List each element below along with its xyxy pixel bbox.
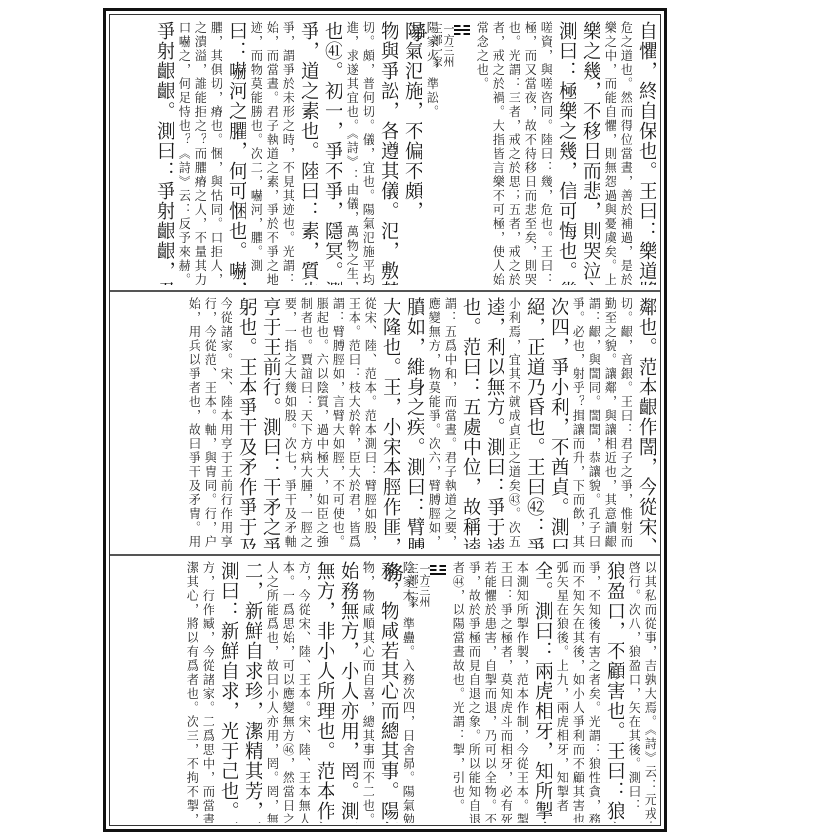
main-text-column: 次四，爭小利，不酋貞。測曰：小利不 (544, 297, 568, 549)
page-frame: 自懼，終自保也。王曰：樂道將極，又居禍中，危之道也。然而得位當晝，善於補過，是於… (103, 8, 667, 832)
inner-frame: 自懼，終自保也。王曰：樂道將極，又居禍中，危之道也。然而得位當晝，善於補過，是於… (109, 14, 661, 826)
commentary-column: 從宋、陸、范本。范本測曰：臂脛如股，今從宋、陸、 (360, 297, 376, 549)
text-band-middle: 鄰也。范本齦作誾，今從宋、陸、王本。射，神夜切。齦，音銀。王曰：君子之爭，惟射而… (110, 291, 660, 553)
commentary-column: 應變無方，物莫能爭。次六，臂膊脛如，股脚 (424, 297, 440, 549)
hexagram-heading: 一方三州三部二家務 (414, 561, 448, 823)
main-text-column: 也㊶。初一，爭不爭，隱冥。測曰：爭不 (318, 21, 342, 285)
commentary-column: 謂：齦，與誾同。誾誾，恭讓貌。孔子曰：君子無所 (584, 297, 600, 549)
commentary-column: 小利焉，宜其不就成貞正之道矣㊸。次五，爭于 (504, 297, 520, 549)
commentary-column: 勤至之貌。讓鄰，與讓相近也，其意讀齦爲懇也。光 (600, 297, 616, 549)
hexagram-symbol-icon (430, 565, 446, 577)
commentary-column: 要，一指之大幾如股。次七，爭干及矛軸，用 (280, 297, 296, 549)
hexagram-name: 爭 (404, 23, 431, 42)
commentary-column: 本。一爲思始，可以應變無方㊻，然當日之夜，非小 (278, 561, 294, 823)
commentary-column: 嗟資，與嗟咨同。陸曰：幾，危也。王曰：居樂之 (536, 21, 552, 285)
hexagram-heading: 一方三州三部一家爭 (438, 21, 472, 285)
commentary-column: 迹，而物莫能勝也。次二，嚇河，臞。測 (246, 21, 262, 285)
main-text-column: 物與爭訟，各遵其儀。氾，敷梵切。施，式豉 (374, 21, 398, 285)
main-text-column: 鄰也。范本齦作誾，今從宋、陸、王本。射，神夜 (632, 297, 656, 549)
main-text-column: 始務無方，小人亦用，罔。測曰：始務 (334, 561, 358, 823)
main-text-column: 絕，正道乃昏也。王曰㊷：爭不以道，而爭於 (520, 297, 544, 549)
hexagram-symbol-icon (454, 25, 470, 37)
commentary-column: 始，用兵以爭者也，故曰爭干及矛冑。用兵以爭，不 (184, 297, 200, 549)
main-text-column: 躬也。王本爭干及矛作爭于及方，測曰于方之爭， (232, 297, 256, 549)
commentary-column: 者㊹，以陽當晝故也。光謂：掣，引也。 (448, 561, 464, 823)
commentary-column: 謂：五爲中和，而當晝。君子執道之要，統理之會， (440, 297, 456, 549)
commentary-column: 行，今從范、王本。軸，與冑同。行，户郎切。七爲禍 (200, 297, 216, 549)
commentary-column: 爭，故於爭極而見自退之象。所以能知自退之道 (464, 561, 480, 823)
commentary-column: 王本。范曰：枝大於幹，臣大於君，皆爲疾也。光 (344, 297, 360, 549)
text-band-top: 自懼，終自保也。王曰：樂道將極，又居禍中，危之道也。然而得位當晝，善於補過，是於… (110, 15, 660, 289)
commentary-column: 啓行。次八，狼盈口，矢在其後。測曰： (624, 561, 640, 823)
commentary-column: 者，戒之於禍。大指皆言樂不可極，使人始終反復 (488, 21, 504, 285)
commentary-column: 也。光謂：三者，戒之於思；五者，戒之於福；九 (504, 21, 520, 285)
main-text-column: 無方，非小人所理也。范本作初一，始用無 (310, 561, 334, 823)
main-text-column: 測曰：新鮮自求，光于己也。王本芳作 (214, 561, 238, 823)
main-text-column: 亨于王前行。測曰：干矛之爭，衛君 (256, 297, 280, 549)
commentary-column: 物，物咸順其心而自喜，總其事而不二也。初一， (358, 561, 374, 823)
commentary-column: 潔其心，將以有爲者也。次三，不拘不掣，其 (182, 561, 198, 823)
main-text-column: 膹如，維身之疾。測曰：臂膊之脛，臣 (400, 297, 424, 549)
hexagram-name: 務 (380, 563, 407, 582)
main-text-column: 爭射齦齦。測曰：爭射齦齦，君子讓 (150, 21, 174, 285)
commentary-column: 本測知所掣作製，范本作制，今從王本。掣，尺制切。 (512, 561, 528, 823)
commentary-column: 若能懼於患害，自掣而退，乃可以全物。不可以終 (480, 561, 496, 823)
hexagram-fang-zhou: 一方三州 (418, 563, 430, 607)
column-group: 自懼，終自保也。王曰：樂道將極，又居禍中，危之道也。然而得位當晝，善於補過，是於… (114, 21, 656, 285)
commentary-column: 以其私而從事，吉孰大焉。《詩》云：元戎十乘，以先 (640, 561, 656, 823)
text-band-bottom: 以其私而從事，吉孰大焉。《詩》云：元戎十乘，以先啓行。次八，狼盈口，矢在其後。測… (110, 555, 660, 827)
commentary-column: 爭，不知後有害之者矣。光謂：狼性貪，務盈其口， (584, 561, 600, 823)
commentary-column: 弧矢星在狼後。上九，兩虎相牙，知掣者 (552, 561, 568, 823)
commentary-column: 人之所能爲也，故曰小人亦用，罔。罔，無也。次 (262, 561, 278, 823)
commentary-column: 今從諸家。宋、陸本用亨于王前行作用享王于前 (216, 297, 232, 549)
commentary-column: 脹起也。六以陰質，過中極大，如臣之強盛，君不能 (312, 297, 328, 549)
commentary-column: 而不知矢在其後，如小人爭利而不顧其害也。天文 (568, 561, 584, 823)
hexagram-bu-jia: 三部一家 (431, 23, 443, 67)
commentary-column: 王曰：爭之極者，莫知虎斗而相牙，必有死傷之患。 (496, 561, 512, 823)
commentary-column: 爭。必也，射乎？揖讓而升，下而飲，其爭也君子。 (568, 297, 584, 549)
commentary-column: 樂之中，而能自懼，則無怨過與憂虞矣。上九，極 (600, 21, 616, 285)
commentary-column: 進，求遂其宜也。《詩》：由儀，萬物之生，各得其宜 (342, 21, 358, 285)
commentary-column: 極，而又當夜，故不待移日而悲至矣，則哭泣嗟咨 (520, 21, 536, 285)
main-text-column: 大隆也。王，小宋本脛作匪，其意音逃，腫也。今 (376, 297, 400, 549)
commentary-column: 方，今從宋、陸、王本。宋、陸、王本無人字㊺，今從范 (294, 561, 310, 823)
commentary-column: 切。齦，音銀。王曰：君子之爭，惟射而已。齦齦， (616, 297, 632, 549)
commentary-column: 之潰溢，誰能拒之？而臞瘠之人，不量其力，乃欲以 (190, 21, 206, 285)
commentary-column: 常念之也。 (472, 21, 488, 285)
hexagram-bu-jia: 三部二家 (407, 563, 419, 607)
main-text-column: 逵，利以無方。測曰：爭于逵，爭處中 (480, 297, 504, 549)
commentary-column: 口嚇之，何足恃也？《詩》云：反予來赫。次三， (174, 21, 190, 285)
main-text-column: 曰：嚇河之臞，何可悃也。嚇，呼嫁切。 (222, 21, 246, 285)
main-text-column: 測曰：極樂之幾，信可悔也。幾，音機。 (552, 21, 576, 285)
main-text-column: 也。范曰：五處中位，故稱逵。逵，九達道也。光 (456, 297, 480, 549)
commentary-column: 臞，其俱切，瘠也。悃，與怙同。口拒人，謂之嚇。河 (206, 21, 222, 285)
main-text-column: 樂之幾，不移日而悲，則哭泣之嗟資。 (576, 21, 600, 285)
commentary-column: 方，行作臧，今從諸家。二爲思中，而當晝。君子精 (198, 561, 214, 823)
column-group: 以其私而從事，吉孰大焉。《詩》云：元戎十乘，以先啓行。次八，狼盈口，矢在其後。測… (114, 561, 656, 823)
main-text-column: 二，新鮮自求珍，潔精其芳，君子攸行。 (238, 561, 262, 823)
main-text-column: 爭，道之素也。陸曰：素，質也。王曰：爭不 (294, 21, 318, 285)
column-group: 鄰也。范本齦作誾，今從宋、陸、王本。射，神夜切。齦，音銀。王曰：君子之爭，惟射而… (114, 297, 656, 549)
commentary-column: 爭，謂爭於未形之時，不見其迹也。光謂：一爲思 (278, 21, 294, 285)
commentary-column: 謂：臂膊脛如，言臂大如脛，不可使也。膹，音噴，肉 (328, 297, 344, 549)
commentary-column: 始，而當晝。君子執道之素，爭於不爭之地，外無其 (262, 21, 278, 285)
main-text-column: 全。測曰：兩虎相牙，知所掣也。宋、陸 (528, 561, 552, 823)
hexagram-fang-zhou: 一方三州 (442, 23, 454, 67)
commentary-column: 切。頗，普何切。儀，宜也。陽氣氾施平均，物皆爭 (358, 21, 374, 285)
commentary-column: 危之道也。然而得位當晝，善於補過，是於嘻嘻笑 (616, 21, 632, 285)
main-text-column: 狼盈口，不顧害也。王曰：狼之噬物，盈口是 (600, 561, 624, 823)
main-text-column: 自懼，終自保也。王曰：樂道將極，又居禍中， (632, 21, 656, 285)
commentary-column: 制者也。賈誼曰：天下方病大腫，一脛之大幾如 (296, 297, 312, 549)
